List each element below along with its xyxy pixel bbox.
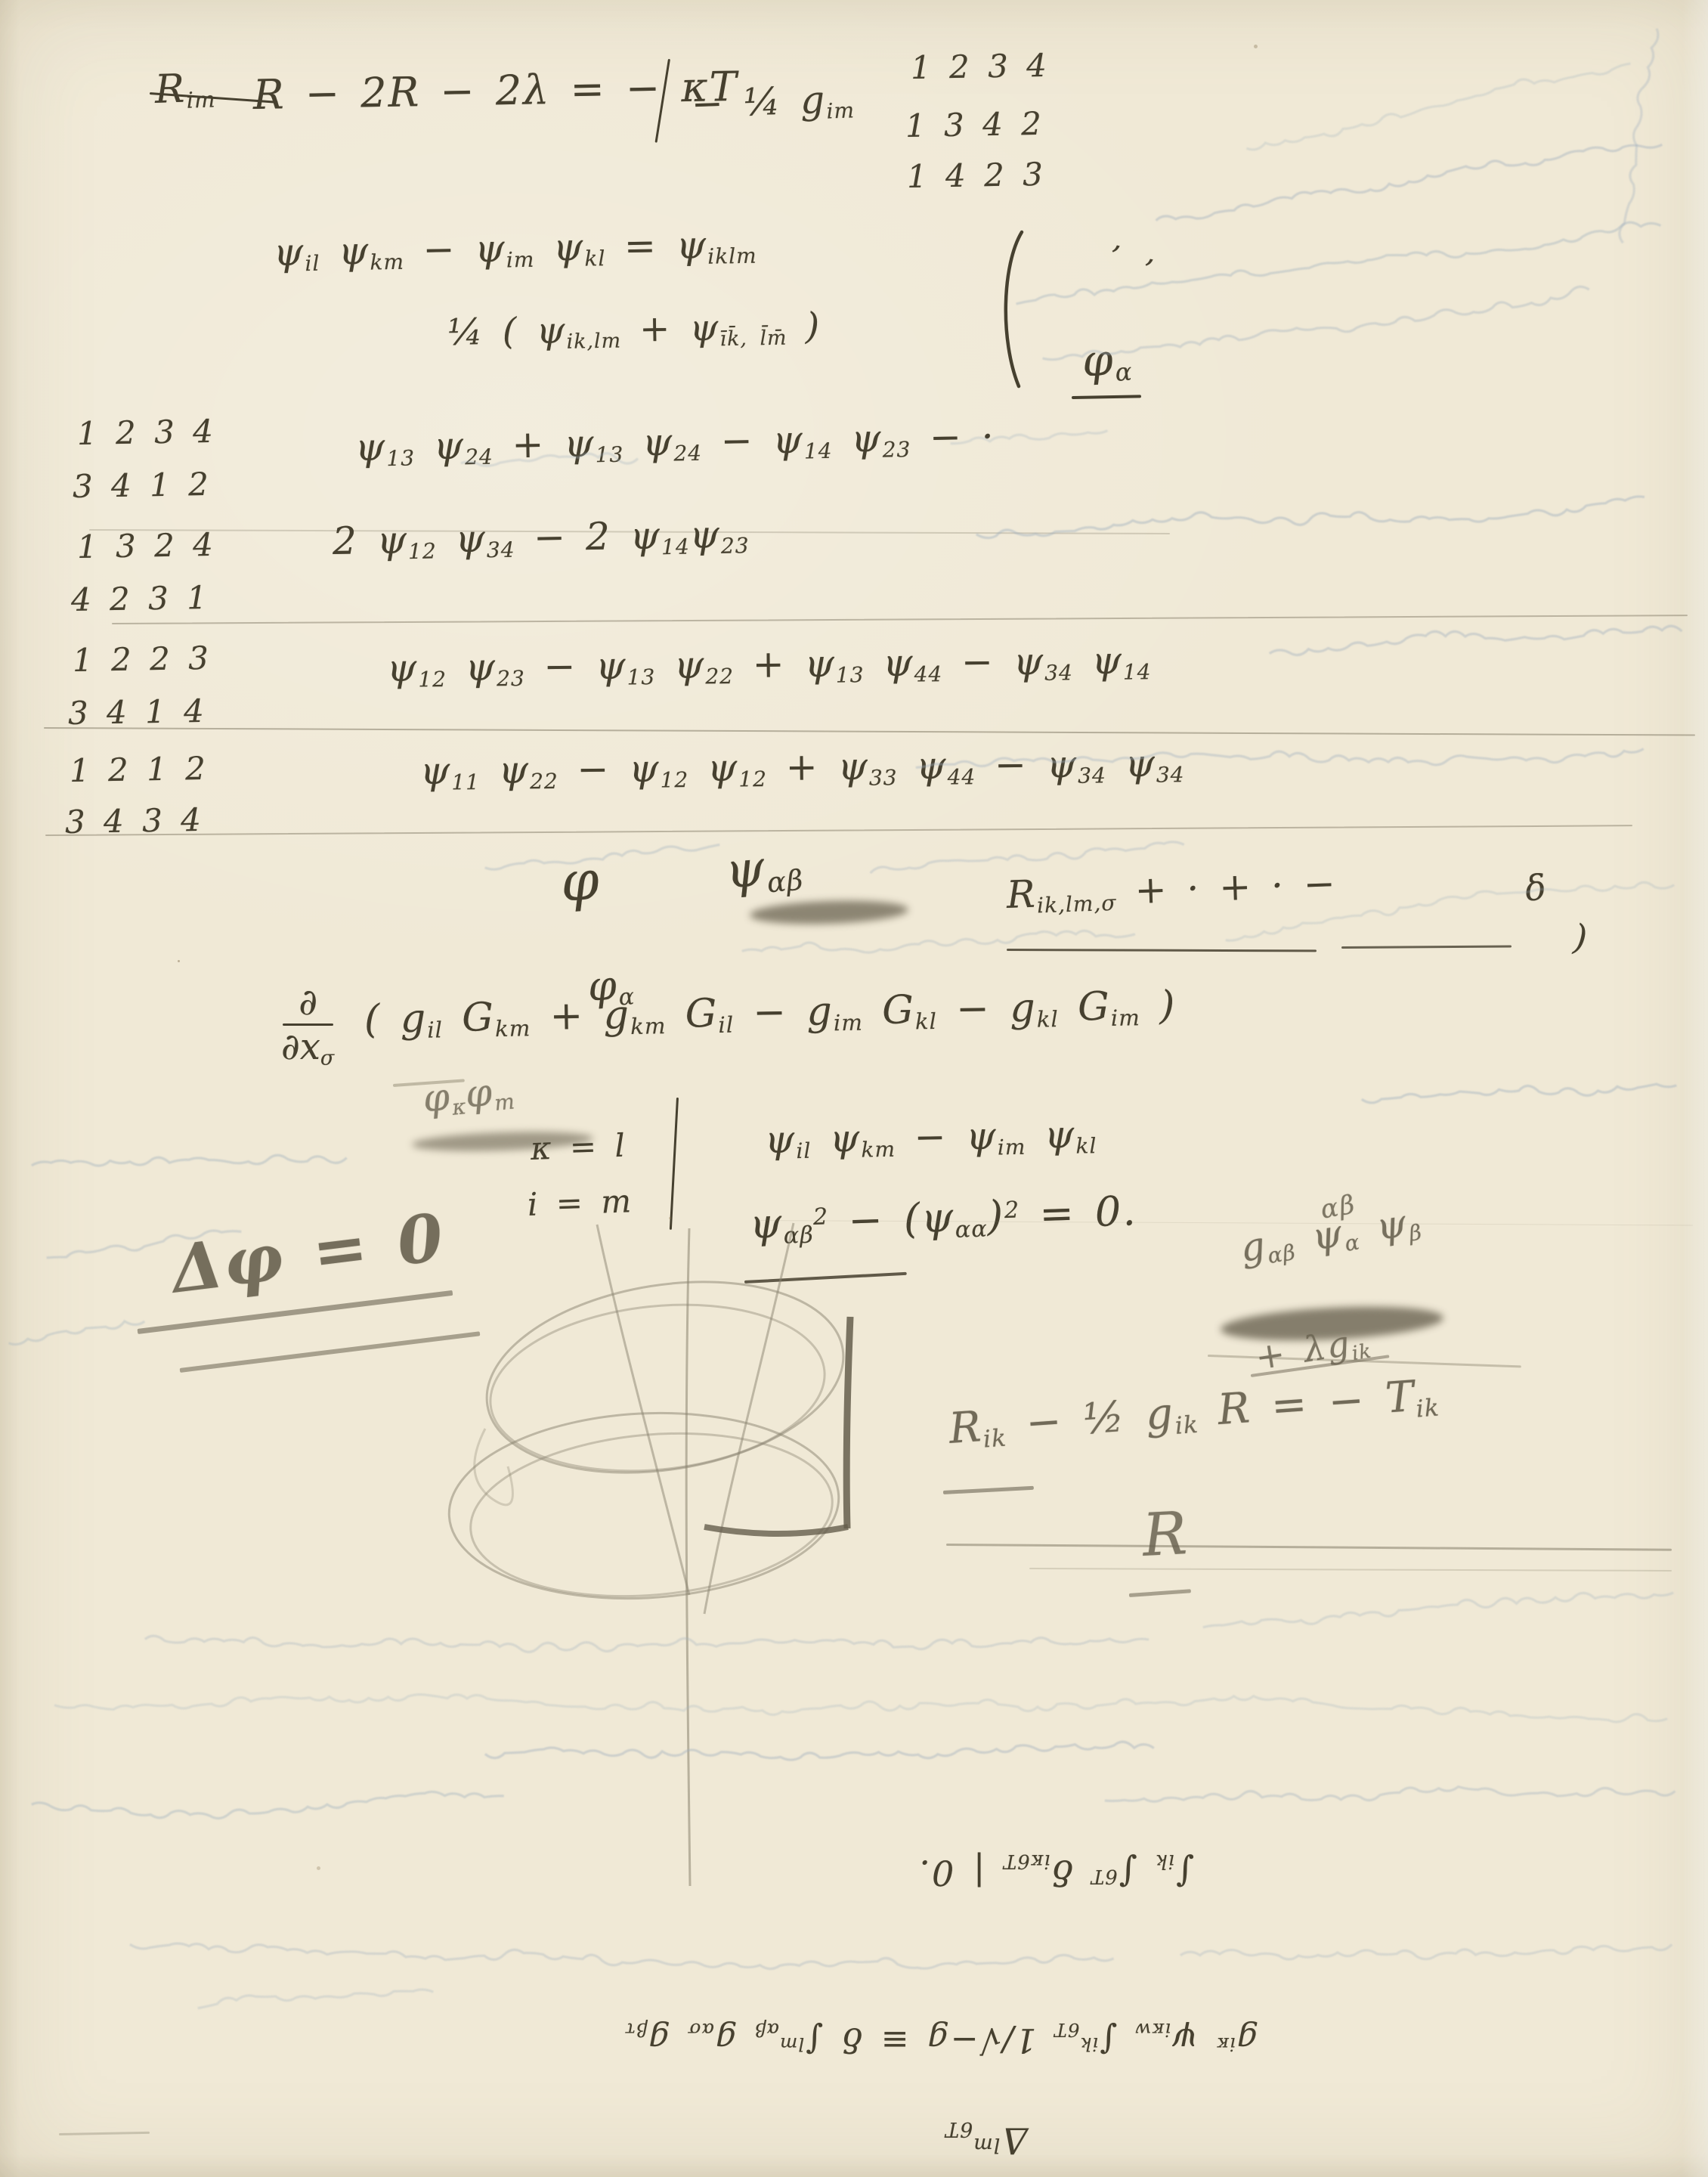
laplace-underline: [180, 1331, 481, 1373]
faint-archive-mark: [59, 2132, 150, 2135]
header-side-note: − ¼ gim: [691, 79, 856, 127]
bleedthrough-squiggle: [1203, 1623, 1694, 1673]
bleedthrough-squiggle: [742, 948, 1143, 997]
bleedthrough-squiggle: [1362, 1096, 1695, 1145]
bleedthrough-squiggle: [916, 763, 1664, 813]
row2-expression: 2 ψ12 ψ34 − 2 ψ14ψ23: [333, 514, 750, 564]
condition-identity: ψil ψkm − ψim ψkl: [765, 1114, 1097, 1163]
field-equation: Rik − ½ gik R = − Tik: [948, 1373, 1440, 1455]
field-equation-underline: [943, 1486, 1034, 1494]
bleedthrough-squiggle: [8, 1340, 168, 1389]
ricci-scalar: R: [1141, 1503, 1190, 1568]
riemann-delta: δ: [1523, 869, 1549, 907]
identity-line-1: ψil ψkm − ψim ψkl = ψiklm: [274, 225, 757, 275]
tick-mark: ’: [1106, 240, 1124, 274]
pencil-rule: [45, 825, 1632, 836]
bleedthrough-squiggle: [485, 865, 743, 913]
permutation-line-1: 1 2 3 4: [911, 49, 1049, 85]
pencil-rule: [112, 615, 1688, 624]
bleedthrough-squiggle: [1270, 650, 1701, 699]
inverted-formula-1: ∫ik ∫6T δiκ6T | 0.: [816, 1850, 1194, 1891]
paper-speck: [178, 960, 180, 962]
manuscript-page: Rim R − 2R − 2λ = − κT − ¼ gim 1 2 3 4 1…: [0, 0, 1708, 2177]
header-struck-term: Rim: [154, 67, 216, 113]
pencil-rule: [44, 727, 1695, 736]
bleedthrough-squiggle: [461, 462, 650, 509]
condition-1: κ = l: [530, 1129, 627, 1166]
pencil-phi-note: φκφm: [421, 1070, 516, 1123]
row3-indices-top: 1 2 2 3: [73, 642, 211, 677]
bleedthrough-squiggle: [32, 1163, 357, 1211]
inverted-formula-3: Δlm6T: [907, 2118, 1028, 2160]
bleedthrough-squiggle: [1016, 293, 1690, 349]
bleedthrough-squiggle: [871, 869, 1196, 918]
bleedthrough-squiggle: [130, 1941, 1120, 1990]
bleedthrough-squiggle: [1105, 1798, 1687, 1846]
row2-indices-bottom: 4 2 3 1: [71, 581, 209, 617]
bleedthrough-squiggle: [1180, 1952, 1687, 2001]
bleedthrough-squiggle: [47, 1255, 252, 1303]
row2-indices-top: 1 3 2 4: [77, 528, 215, 564]
pencil-rule: [946, 1544, 1672, 1551]
fraction-denominator: ∂xσ: [281, 1029, 335, 1069]
gpsi-term: gαβ ψα ψβ: [1238, 1201, 1424, 1271]
bleedthrough-squiggle: [145, 1634, 1158, 1684]
inverted-formula-2: giκ ψiκw ∫ik6T 1/√−g ≡ δ ∫lmαβ gασ gβτ: [487, 2020, 1258, 2057]
bleedthrough-squiggle: [54, 1699, 1679, 1751]
row4-indices-top: 1 2 1 2: [70, 752, 208, 788]
row1-indices-bottom: 3 4 1 2: [73, 468, 211, 503]
permutation-line-2: 1 3 4 2: [905, 107, 1044, 143]
bleedthrough-squiggle: [1043, 349, 1618, 404]
bleedthrough-squiggle: [1156, 210, 1685, 265]
bleedthrough-squiggle: [32, 1801, 523, 1850]
row3-indices-bottom: 3 4 1 4: [68, 695, 206, 730]
bleedthrough-squiggle: [951, 441, 1118, 488]
permutation-line-3: 1 4 2 3: [907, 158, 1045, 194]
row1-indices-top: 1 2 3 4: [77, 415, 215, 451]
row3-expression: ψ12 ψ23 − ψ13 ψ22 + ψ13 ψ44 − ψ34 ψ14: [387, 640, 1152, 691]
bleedthrough-squiggle: [198, 2005, 448, 2053]
fraction-numerator: ∂: [281, 984, 335, 1020]
bleedthrough-squiggle: [1226, 934, 1688, 985]
ricci-underline: [1129, 1589, 1191, 1597]
bleedthrough-squiggle: [976, 527, 1665, 580]
bleedthrough-squiggle: [485, 1751, 1173, 1800]
partial-derivative-fraction: ∂ ∂xσ: [281, 984, 335, 1069]
pencil-rule: [1029, 1568, 1672, 1572]
identity-line-2: ¼ ( ψik,lm + ψīk̄, l̄m̄ ): [447, 307, 822, 355]
row1-expression: ψ13 ψ24 + ψ13 ψ24 − ψ14 ψ23 − ·: [355, 417, 996, 470]
